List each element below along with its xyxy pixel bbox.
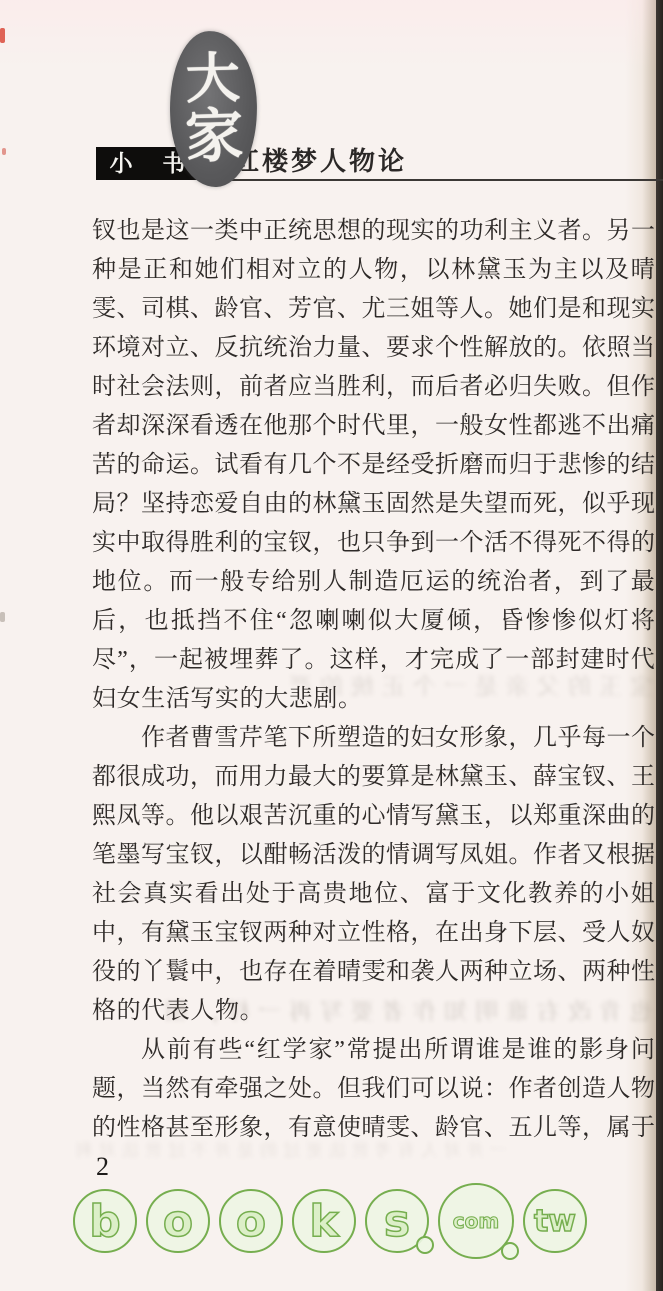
watermark-bubble: o xyxy=(219,1189,283,1253)
text-line: 局？坚持恋爱自由的林黛玉固然是失望而死，似乎现 xyxy=(92,485,655,524)
text-line: 钗也是这一类中正统思想的现实的功利主义者。另一 xyxy=(92,212,655,251)
books-watermark: bookscomtw xyxy=(73,1183,587,1259)
text-line: 役的丫鬟中，也存在着晴雯和袭人两种立场、两种性 xyxy=(92,953,655,992)
text-line: 环境对立、反抗统治力量、要求个性解放的。依照当 xyxy=(92,329,655,368)
watermark-letter: com xyxy=(453,1209,499,1233)
watermark-letter: o xyxy=(163,1196,193,1247)
watermark-letter: o xyxy=(236,1196,266,1247)
page-number: 2 xyxy=(96,1152,109,1182)
show-through-text: 宝玉的父亲是一个正统的严 xyxy=(281,668,653,701)
text-line: 时社会法则，前者应当胜利，而后者必归失败。但作 xyxy=(92,368,655,407)
text-line: 熙凤等。他以艰苦沉重的心情写黛玉，以郑重深曲的 xyxy=(92,797,655,836)
scan-artifact xyxy=(0,28,5,43)
text-line: 笔墨写宝钗，以酣畅活泼的情调写凤姐。作者又根据 xyxy=(92,836,655,875)
text-line: 题，当然有牵强之处。但我们可以说：作者创造人物 xyxy=(92,1070,655,1109)
text-line: 实中取得胜利的宝钗，也只争到一个活不得死不得的 xyxy=(92,524,655,563)
text-line: 作者曹雪芹笔下所塑造的妇女形象，几乎每一个 xyxy=(92,719,655,758)
text-line: 苦的命运。试看有几个不是经受折磨而归于悲惨的结 xyxy=(92,446,655,485)
text-line: 社会真实看出处于高贵地位、富于文化教养的小姐 xyxy=(92,875,655,914)
watermark-letter: tw xyxy=(534,1204,576,1239)
show-through-text: 也肯改右谁明知作者要写再一样，相 xyxy=(157,993,653,1026)
seal-character-top: 大 xyxy=(185,51,240,107)
seal-character-bottom: 家 xyxy=(184,106,244,167)
watermark-bubble: k xyxy=(292,1189,356,1253)
text-line: 雯、司棋、龄官、芳官、尤三姐等人。她们是和现实 xyxy=(92,290,655,329)
bubble-tail xyxy=(416,1236,434,1254)
page-title: 红楼梦人物论 xyxy=(233,146,407,177)
text-line: 都很成功，而用力最大的要算是林黛玉、薛宝钗、王 xyxy=(92,758,655,797)
text-line: 中，有黛玉宝钗两种对立性格，在出身下层、受人奴 xyxy=(92,914,655,953)
watermark-bubble: o xyxy=(146,1189,210,1253)
text-line: 种是正和她们相对立的人物，以林黛玉为主以及晴 xyxy=(92,251,655,290)
text-line: 地位。而一般专给别人制造厄运的统治者，到了最 xyxy=(92,563,655,602)
watermark-bubble: b xyxy=(73,1189,137,1253)
book-page: 宝玉的父亲是一个正统的严 也肯改右谁明知作者要写再一样，相 一并对人有考世法更过… xyxy=(0,0,663,1291)
show-through-text: 一并对人有考世法更过的是并不过世法对利 xyxy=(70,1136,507,1161)
header-divider xyxy=(201,179,663,181)
watermark-bubble: com xyxy=(438,1183,514,1259)
watermark-letter: s xyxy=(384,1196,410,1247)
watermark-letter: b xyxy=(89,1196,121,1247)
text-line: 者却深深看透在他那个时代里，一般女性都逃不出痛 xyxy=(92,407,655,446)
watermark-bubble: s xyxy=(365,1189,429,1253)
watermark-bubble: tw xyxy=(523,1189,587,1253)
scan-artifact xyxy=(0,612,5,622)
watermark-letter: k xyxy=(309,1196,338,1247)
bubble-tail xyxy=(501,1242,519,1260)
scan-artifact xyxy=(2,148,6,155)
scan-edge-strip xyxy=(656,0,663,1291)
text-line: 从前有些“红学家”常提出所谓谁是谁的影身问 xyxy=(92,1031,655,1070)
text-line: 后，也抵挡不住“忽喇喇似大厦倾，昏惨惨似灯将 xyxy=(92,602,655,641)
